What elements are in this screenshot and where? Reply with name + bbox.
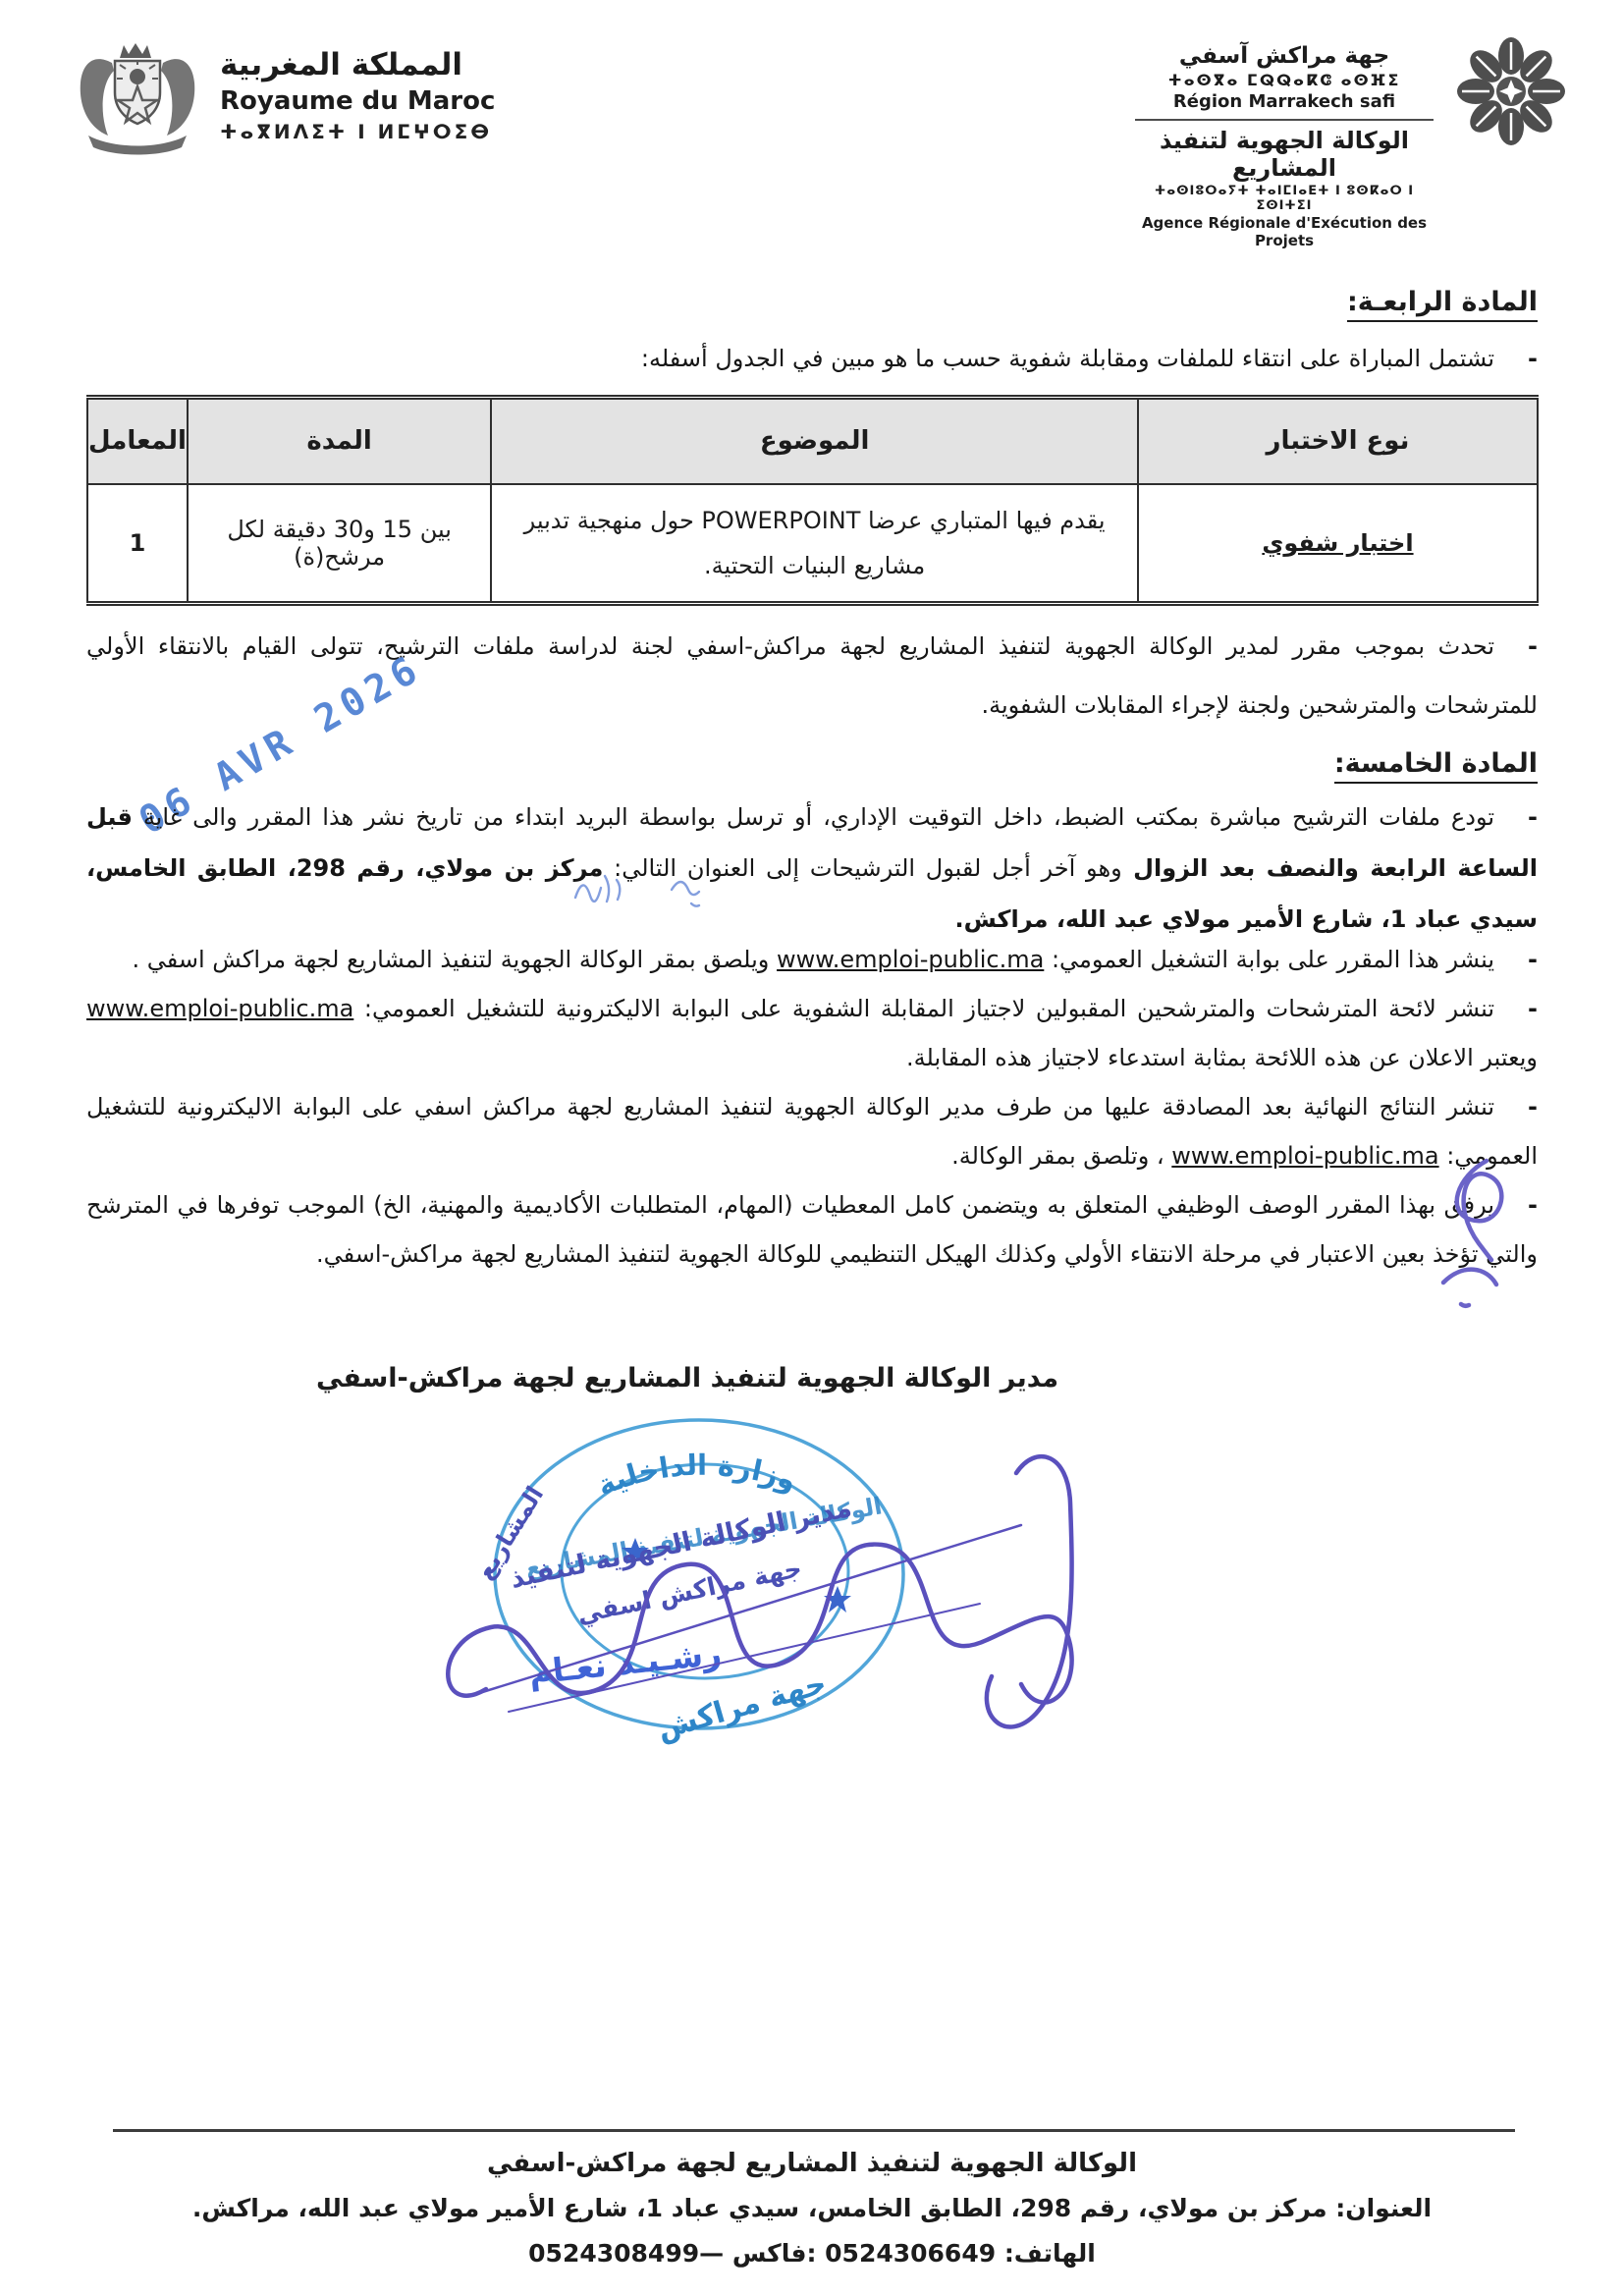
header-divider: [1135, 119, 1434, 121]
bullet-text: ويلصق بمقر الوكالة الجهوية لتنفيذ المشار…: [133, 946, 778, 973]
bullet-text: ، وتلصق بمقر الوكالة.: [951, 1142, 1171, 1170]
morocco-coat-of-arms-icon: [69, 35, 206, 161]
article-5-bullet-results: -تنشر النتائج النهائية بعد المصادقة عليه…: [86, 1082, 1538, 1180]
region-name-arabic: جهة مراكش آسفي: [1131, 43, 1437, 69]
bullet-text: تودع ملفات الترشيح مباشرة بمكتب الضبط، د…: [133, 803, 1494, 831]
bullet-text: يرفق بهذا المقرر الوصف الوظيفي المتعلق ب…: [86, 1191, 1538, 1268]
emploi-public-url: www.emploi-public.ma: [86, 995, 353, 1022]
article-5-heading: المادة الخامسة:: [1334, 748, 1538, 784]
agency-name-french: Agence Régionale d'Exécution des Projets: [1131, 214, 1437, 249]
header-right: جهة مراكش آسفي ⵜⴰⵙⴳⴰ ⵎⵕⵕⴰⴽⵛ ⴰⵙⴼⵉ Région …: [1131, 31, 1583, 249]
article-4-heading: المادة الرابعـة:: [1347, 287, 1538, 322]
margin-initials-paraph: [1435, 1147, 1548, 1329]
svg-text:وزارة الداخلية: وزارة الداخلية: [592, 1449, 801, 1503]
bullet-text: ينشر هذا المقرر على بوابة التشغيل العموم…: [1044, 946, 1494, 973]
pen-scribble-marks: [562, 860, 729, 921]
bullet-dash: -: [1528, 345, 1538, 372]
exam-table-row: اختبار شفوي يقدم فيها المتباري عرضا POWE…: [87, 484, 1538, 604]
overlay-stamp-text: مدير الوكالة الجهوية لتنفيذ جهة مراكش اس…: [470, 1481, 854, 1691]
bullet-dash: -: [1528, 946, 1538, 973]
cell-test-type: اختبار شفوي: [1138, 484, 1538, 604]
cell-subject: يقدم فيها المتباري عرضا POWERPOINT حول م…: [491, 484, 1138, 604]
col-header-coefficient: المعامل: [87, 398, 188, 484]
article-5-bullet-job-description: -يرفق بهذا المقرر الوصف الوظيفي المتعلق …: [86, 1180, 1538, 1279]
kingdom-title-french: Royaume du Maroc: [220, 86, 495, 116]
article-5-bullet-publication: -ينشر هذا المقرر على بوابة التشغيل العمو…: [86, 935, 1538, 984]
footer-agency-name: الوكالة الجهوية لتنفيذ المشاريع لجهة مرا…: [0, 2149, 1624, 2178]
footer-phone-fax: الهاتف: 0524306649 :فاكس —0524308499: [0, 2239, 1624, 2268]
document-page: المملكة المغربية Royaume du Maroc ⵜⴰⴳⵍⴷⵉ…: [0, 0, 1624, 2296]
cell-duration: بين 15 و30 دقيقة لكل مرشح(ة): [188, 484, 491, 604]
bullet-text: ويعتبر الاعلان عن هذه اللائحة بمثابة است…: [906, 1044, 1538, 1071]
bullet-text: تنشر لائحة المترشحات والمترشحين المقبولي…: [353, 995, 1494, 1022]
article-4-intro-text: تشتمل المباراة على انتقاء للملفات ومقابل…: [641, 345, 1494, 372]
signatory-title: مدير الوكالة الجهوية لتنفيذ المشاريع لجه…: [245, 1363, 1129, 1394]
emploi-public-url: www.emploi-public.ma: [1171, 1142, 1438, 1170]
col-header-test-type: نوع الاختبار: [1138, 398, 1538, 484]
agency-name-tifinagh: ⵜⴰⵙⵏⵓⵔⴰⵢⵜ ⵜⴰⵏⵎⵏⴰⴹⵜ ⵏ ⵓⵙⴽⴰⵔ ⵏ ⵉⵙⵏⵜⵉⵏ: [1131, 184, 1437, 213]
official-stamp-and-signature: وزارة الداخلية الوكالة الجهوية لتنفيذ ال…: [393, 1399, 1159, 1777]
agency-name-arabic: الوكالة الجهوية لتنفيذ المشاريع: [1131, 127, 1437, 182]
footer-divider: [113, 2129, 1515, 2132]
emploi-public-url: www.emploi-public.ma: [777, 946, 1044, 973]
cell-coefficient: 1: [87, 484, 188, 604]
col-header-subject: الموضوع: [491, 398, 1138, 484]
bullet-dash: -: [1528, 632, 1538, 660]
stamp-region-text: جهة مراكش: [653, 1667, 830, 1748]
kingdom-title-tifinagh: ⵜⴰⴳⵍⴷⵉⵜ ⵏ ⵍⵎⵖⵔⵉⴱ: [220, 120, 495, 143]
exam-table-header-row: نوع الاختبار الموضوع المدة المعامل: [87, 398, 1538, 484]
stamp-ministry-text: وزارة الداخلية: [592, 1449, 801, 1503]
article-5-bullet-shortlist: -تنشر لائحة المترشحات والمترشحين المقبول…: [86, 984, 1538, 1082]
region-name-tifinagh: ⵜⴰⵙⴳⴰ ⵎⵕⵕⴰⴽⵛ ⴰⵙⴼⵉ: [1131, 71, 1437, 89]
footer-address: العنوان: مركز بن مولاي، رقم 298، الطابق …: [0, 2194, 1624, 2222]
region-name-french: Région Marrakech safi: [1131, 91, 1437, 112]
header-left: المملكة المغربية Royaume du Maroc ⵜⴰⴳⵍⴷⵉ…: [69, 35, 495, 161]
bullet-dash: -: [1528, 803, 1538, 831]
kingdom-title-arabic: المملكة المغربية: [220, 47, 495, 82]
bullet-dash: -: [1528, 995, 1538, 1022]
exam-table: نوع الاختبار الموضوع المدة المعامل اختبا…: [86, 395, 1539, 606]
col-header-duration: المدة: [188, 398, 491, 484]
bullet-dash: -: [1528, 1093, 1538, 1121]
article-4-intro: -تشتمل المباراة على انتقاء للملفات ومقاب…: [86, 334, 1538, 383]
agency-rosette-logo-icon: [1451, 31, 1571, 151]
article-5-bullet-deposit: -تودع ملفات الترشيح مباشرة بمكتب الضبط، …: [86, 792, 1538, 945]
